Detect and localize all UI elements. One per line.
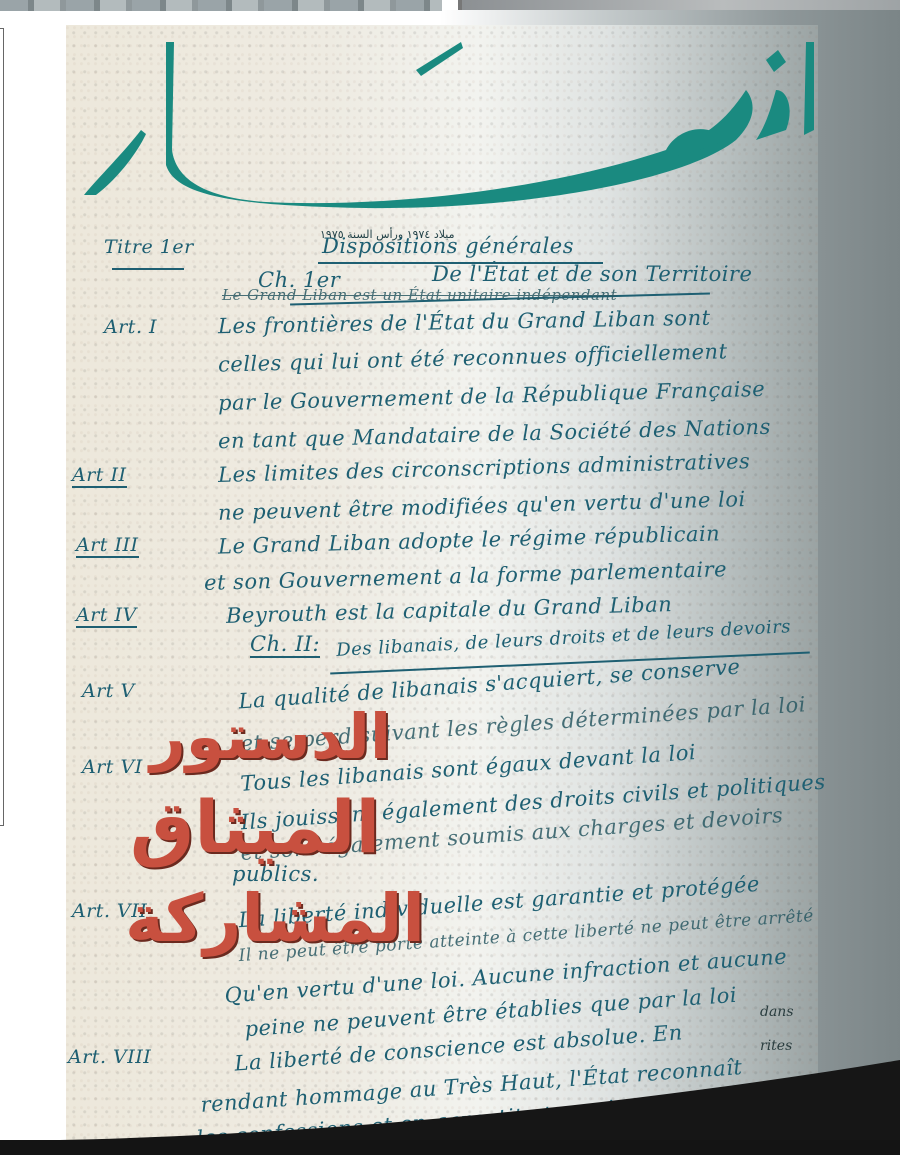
overlay-word-constitution: الدستور [150, 700, 391, 773]
left-frame-border [0, 28, 4, 826]
adjacent-page-photo-strip [0, 0, 442, 11]
overlay-word-pact: الميثاق [130, 785, 380, 869]
struck-line: Le Grand Liban est un État unitaire indé… [222, 286, 617, 304]
article-2-label: Art II [72, 464, 127, 486]
masthead-an-nahar-logo [66, 30, 818, 210]
article-5-label: Art V [82, 680, 135, 702]
title-underline [112, 268, 184, 270]
page-curl-shadow [0, 1040, 900, 1155]
title-heading: Dispositions générales [322, 234, 574, 258]
chapter2-label: Ch. II: [250, 632, 320, 656]
article-6-label: Art VI [82, 756, 143, 778]
title-label: Titre 1er [104, 236, 194, 258]
overlay-word-participation: المشاركة [125, 880, 425, 957]
margin-note-1: dans [760, 1004, 794, 1020]
adjacent-page-edge [458, 0, 900, 10]
bottom-dark-bar [0, 1140, 900, 1155]
article-1-label: Art. I [104, 316, 157, 338]
chapter1-heading: De l'État et de son Territoire [432, 262, 752, 286]
article-4-label: Art IV [76, 604, 137, 626]
article-3-label: Art III [76, 534, 139, 556]
